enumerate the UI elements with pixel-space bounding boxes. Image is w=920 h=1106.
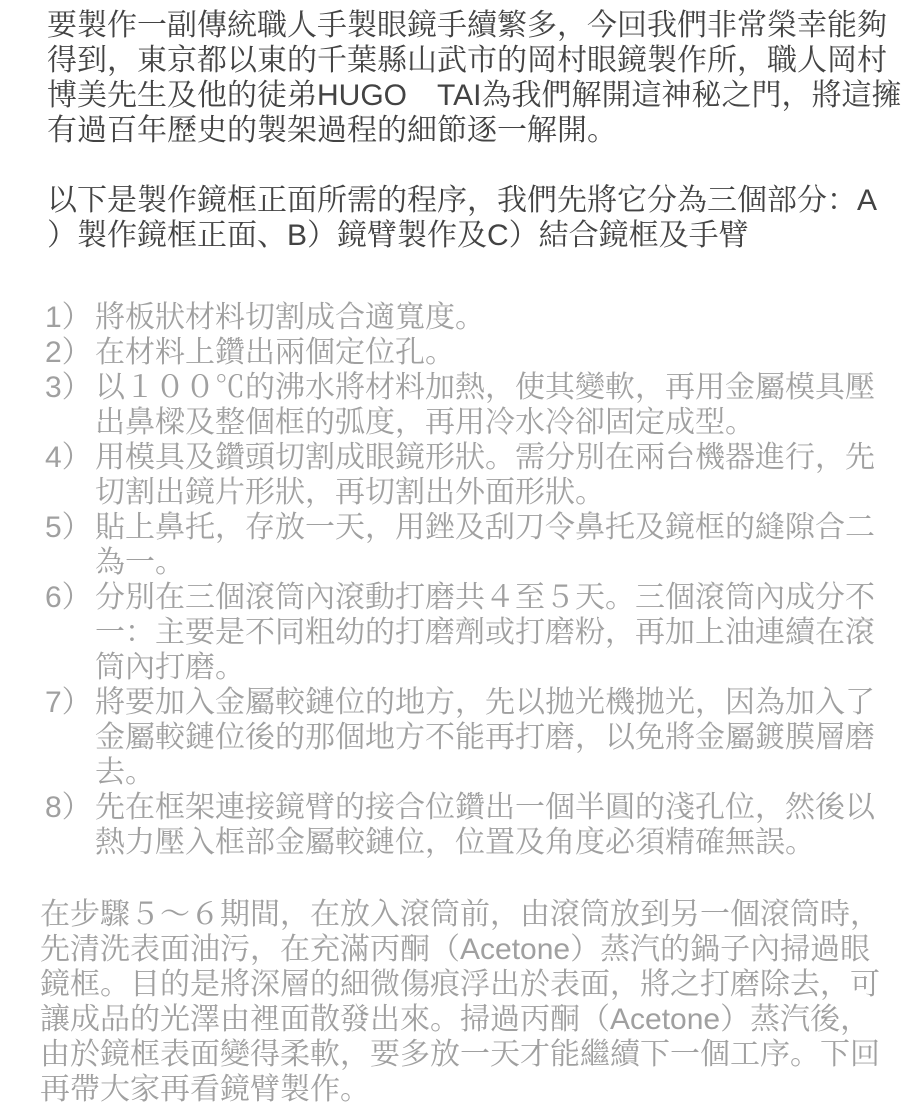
text-line: 要製作一副傳統職人手製眼鏡手續繁多，今回我們非常榮幸能夠 (47, 8, 920, 43)
step-text: 貼上鼻托，存放一天，用銼及刮刀令鼻托及鏡框的縫隙合二 為一。 (95, 510, 920, 580)
step-marker: 4） (45, 440, 95, 475)
step-item: 2） 在材料上鑽出兩個定位孔。 (45, 335, 920, 370)
step-line: 貼上鼻托，存放一天，用銼及刮刀令鼻托及鏡框的縫隙合二 (95, 510, 920, 545)
step-item: 7） 將要加入金屬較鏈位的地方，先以拋光機拋光，因為加入了 金屬較鏈位後的那個地… (45, 685, 920, 790)
footer-paragraph: 在步驟５～６期間，在放入滾筒前，由滾筒放到另一個滾筒時， 先清洗表面油污，在充滿… (40, 897, 920, 1106)
step-item: 4） 用模具及鑽頭切割成眼鏡形狀。需分別在兩台機器進行，先 切割出鏡片形狀，再切… (45, 440, 920, 510)
step-marker: 3） (45, 370, 95, 405)
step-line: 分別在三個滾筒內滾動打磨共４至５天。三個滾筒內成分不 (95, 580, 920, 615)
step-item: 6） 分別在三個滾筒內滾動打磨共４至５天。三個滾筒內成分不 一：主要是不同粗幼的… (45, 580, 920, 685)
intro-paragraph: 要製作一副傳統職人手製眼鏡手續繁多，今回我們非常榮幸能夠 得到，東京都以東的千葉… (47, 8, 920, 148)
text-line: 在步驟５～６期間，在放入滾筒前，由滾筒放到另一個滾筒時， (40, 897, 920, 932)
step-marker: 5） (45, 510, 95, 545)
text-line: ）製作鏡框正面、B）鏡臂製作及C）結合鏡框及手臂 (47, 218, 920, 253)
step-line: 先在框架連接鏡臂的接合位鑽出一個半圓的淺孔位，然後以 (95, 790, 920, 825)
step-line: 出鼻樑及整個框的弧度，再用冷水冷卻固定成型。 (95, 405, 920, 440)
step-text: 將板狀材料切割成合適寬度。 (95, 300, 920, 335)
step-line: 將要加入金屬較鏈位的地方，先以拋光機拋光，因為加入了 (95, 685, 920, 720)
step-line: 筒內打磨。 (95, 650, 920, 685)
step-text: 先在框架連接鏡臂的接合位鑽出一個半圓的淺孔位，然後以 熱力壓入框部金屬較鏈位，位… (95, 790, 920, 860)
step-marker: 1） (45, 300, 95, 335)
text-line: 由於鏡框表面變得柔軟，要多放一天才能繼續下一個工序。下回 (40, 1037, 920, 1072)
step-line: 切割出鏡片形狀，再切割出外面形狀。 (95, 475, 920, 510)
step-line: 將板狀材料切割成合適寬度。 (95, 300, 920, 335)
overview-paragraph: 以下是製作鏡框正面所需的程序，我們先將它分為三個部分：A ）製作鏡框正面、B）鏡… (47, 183, 920, 253)
text-line: 博美先生及他的徒弟HUGO TAI為我們解開這神秘之門，將這擁 (47, 78, 920, 113)
step-marker: 7） (45, 685, 95, 720)
text-line: 鏡框。目的是將深層的細微傷痕浮出於表面，將之打磨除去，可 (40, 967, 920, 1002)
step-item: 3） 以１００℃的沸水將材料加熱，使其變軟，再用金屬模具壓 出鼻樑及整個框的弧度… (45, 370, 920, 440)
step-item: 8） 先在框架連接鏡臂的接合位鑽出一個半圓的淺孔位，然後以 熱力壓入框部金屬較鏈… (45, 790, 920, 860)
step-text: 用模具及鑽頭切割成眼鏡形狀。需分別在兩台機器進行，先 切割出鏡片形狀，再切割出外… (95, 440, 920, 510)
step-line: 去。 (95, 755, 920, 790)
text-line: 以下是製作鏡框正面所需的程序，我們先將它分為三個部分：A (47, 183, 920, 218)
step-line: 為一。 (95, 545, 920, 580)
step-text: 在材料上鑽出兩個定位孔。 (95, 335, 920, 370)
step-text: 以１００℃的沸水將材料加熱，使其變軟，再用金屬模具壓 出鼻樑及整個框的弧度，再用… (95, 370, 920, 440)
step-marker: 2） (45, 335, 95, 370)
text-line: 再帶大家再看鏡臂製作。 (40, 1072, 920, 1106)
text-line: 先清洗表面油污，在充滿丙酮（Acetone）蒸汽的鍋子內掃過眼 (40, 932, 920, 967)
step-line: 在材料上鑽出兩個定位孔。 (95, 335, 920, 370)
step-line: 一：主要是不同粗幼的打磨劑或打磨粉，再加上油連續在滾 (95, 615, 920, 650)
step-marker: 8） (45, 790, 95, 825)
step-line: 金屬較鏈位後的那個地方不能再打磨，以免將金屬鍍膜層磨 (95, 720, 920, 755)
step-text: 將要加入金屬較鏈位的地方，先以拋光機拋光，因為加入了 金屬較鏈位後的那個地方不能… (95, 685, 920, 790)
article-page: 要製作一副傳統職人手製眼鏡手續繁多，今回我們非常榮幸能夠 得到，東京都以東的千葉… (0, 0, 920, 1106)
step-marker: 6） (45, 580, 95, 615)
steps-list: 1） 將板狀材料切割成合適寬度。 2） 在材料上鑽出兩個定位孔。 3） 以１００… (45, 300, 920, 860)
step-line: 以１００℃的沸水將材料加熱，使其變軟，再用金屬模具壓 (95, 370, 920, 405)
step-item: 5） 貼上鼻托，存放一天，用銼及刮刀令鼻托及鏡框的縫隙合二 為一。 (45, 510, 920, 580)
step-item: 1） 將板狀材料切割成合適寬度。 (45, 300, 920, 335)
text-line: 得到，東京都以東的千葉縣山武市的岡村眼鏡製作所，職人岡村 (47, 43, 920, 78)
text-line: 有過百年歷史的製架過程的細節逐一解開。 (47, 113, 920, 148)
step-line: 用模具及鑽頭切割成眼鏡形狀。需分別在兩台機器進行，先 (95, 440, 920, 475)
step-text: 分別在三個滾筒內滾動打磨共４至５天。三個滾筒內成分不 一：主要是不同粗幼的打磨劑… (95, 580, 920, 685)
text-line: 讓成品的光澤由裡面散發出來。掃過丙酮（Acetone）蒸汽後， (40, 1002, 920, 1037)
step-line: 熱力壓入框部金屬較鏈位，位置及角度必須精確無誤。 (95, 825, 920, 860)
